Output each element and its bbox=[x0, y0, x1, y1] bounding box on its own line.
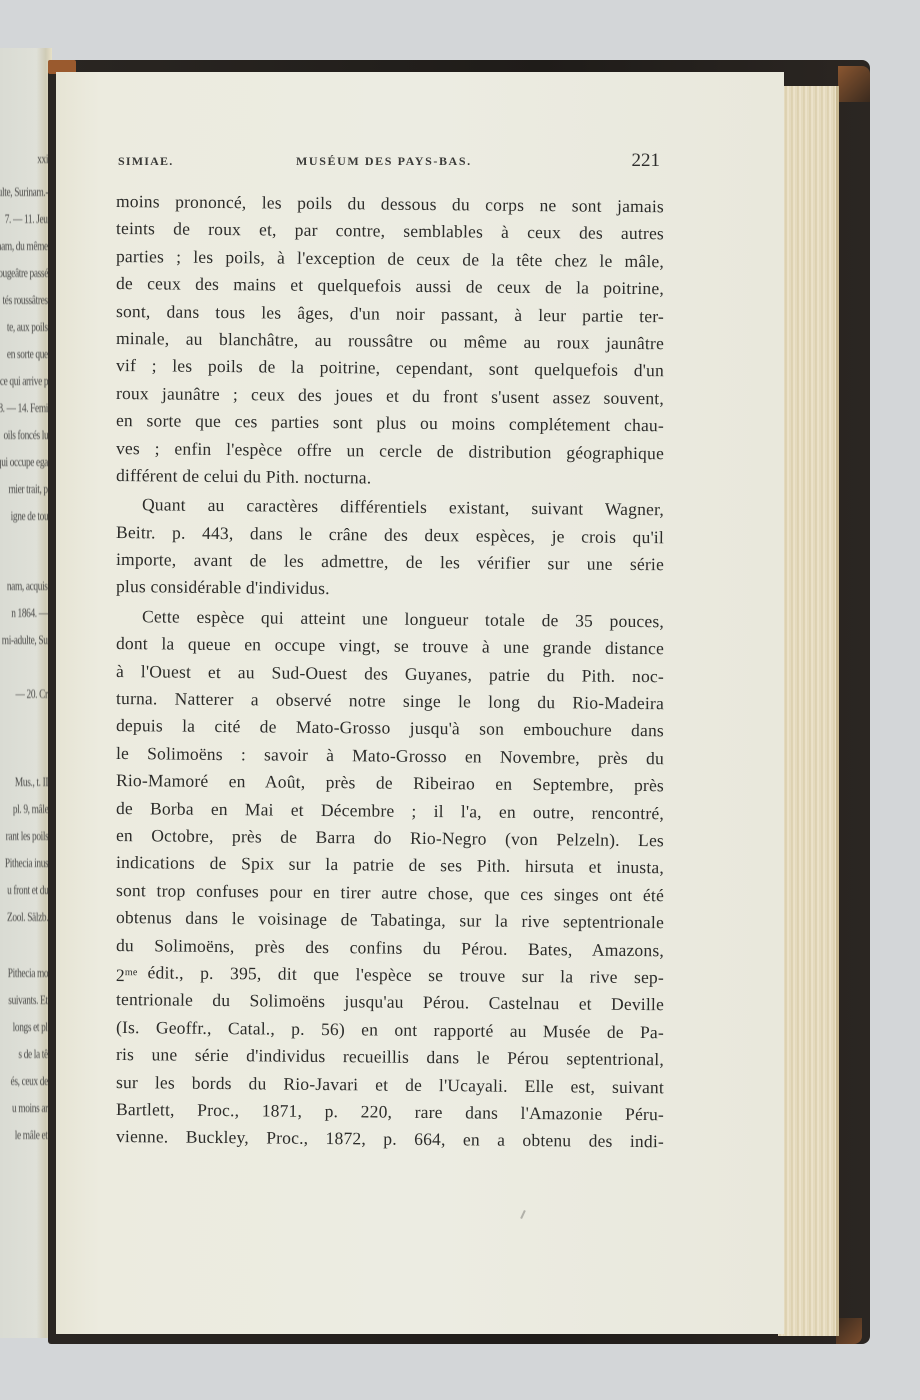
left-fragment: rinam, du même bbox=[0, 238, 48, 254]
left-fragment: u moins ar bbox=[12, 1100, 48, 1116]
left-fragment: — 20. Cr bbox=[16, 686, 48, 702]
left-fragment: Zool. Sälzb. bbox=[7, 909, 48, 925]
left-fragment: pl. 9, mâle bbox=[12, 801, 48, 817]
left-page-edge: xxi dulte, Surinam.- 7. — 11. Jeu rinam,… bbox=[0, 48, 52, 1338]
left-fragment: rant les poils bbox=[5, 828, 48, 844]
left-fragment: en sorte que bbox=[7, 346, 48, 362]
page-block-edges bbox=[778, 86, 839, 1336]
left-fragment: dulte, Surinam.- bbox=[0, 184, 48, 200]
running-head-title: MUSÉUM DES PAYS-BAS. bbox=[296, 154, 472, 169]
edition-ordinal: 2me bbox=[116, 959, 138, 987]
left-fragment: oils foncés lu bbox=[3, 427, 48, 443]
left-fragment: ce qui arrive p bbox=[0, 373, 48, 389]
left-fragment: tés roussâtres bbox=[3, 292, 48, 308]
left-fragment: Pithecia mo bbox=[8, 965, 49, 981]
left-fragment: mi-adulte, Su bbox=[2, 632, 48, 648]
left-fragment: nam, acquis bbox=[7, 578, 48, 594]
cover-corner-worn bbox=[836, 1318, 862, 1344]
left-fragment: Pithecia inus bbox=[5, 855, 48, 871]
cover-corner-worn bbox=[838, 66, 870, 102]
left-fragment: qui occupe ega bbox=[0, 454, 48, 470]
running-head-left: SIMIAE. bbox=[118, 154, 173, 169]
text-line: vienne. Buckley, Proc., 1872, p. 664, en… bbox=[116, 1123, 664, 1156]
body-text: moins prononcé, les poils du dessous du … bbox=[116, 188, 664, 1151]
left-fragment: rnier trait, p bbox=[9, 481, 48, 497]
left-fragment: te, aux poils bbox=[7, 319, 48, 335]
left-fragment: rougeâtre passé bbox=[0, 265, 48, 281]
page-number: 221 bbox=[632, 150, 661, 172]
left-fragment: n 1864. — bbox=[11, 605, 48, 621]
left-fragment: u front et du bbox=[7, 882, 48, 898]
left-fragment: le mâle et bbox=[15, 1127, 48, 1143]
left-fragment: s de la tê bbox=[19, 1046, 48, 1062]
left-fragment: Mus., t. II bbox=[15, 774, 48, 790]
left-fragment: suivants. Et bbox=[9, 992, 48, 1008]
running-head: SIMIAE. MUSÉUM DES PAYS-BAS. 221 bbox=[118, 150, 660, 178]
left-fragment: 7. — 11. Jeu bbox=[5, 211, 48, 227]
text-line: différent de celui du Pith. nocturna. bbox=[116, 462, 664, 495]
left-fragment: és, ceux de bbox=[11, 1073, 48, 1089]
left-fragment: igne de tou bbox=[10, 508, 48, 524]
left-fragment: xxi bbox=[37, 151, 48, 167]
left-fragment: 8. — 14. Femi bbox=[0, 400, 48, 416]
left-fragment: longs et pl bbox=[13, 1019, 48, 1035]
